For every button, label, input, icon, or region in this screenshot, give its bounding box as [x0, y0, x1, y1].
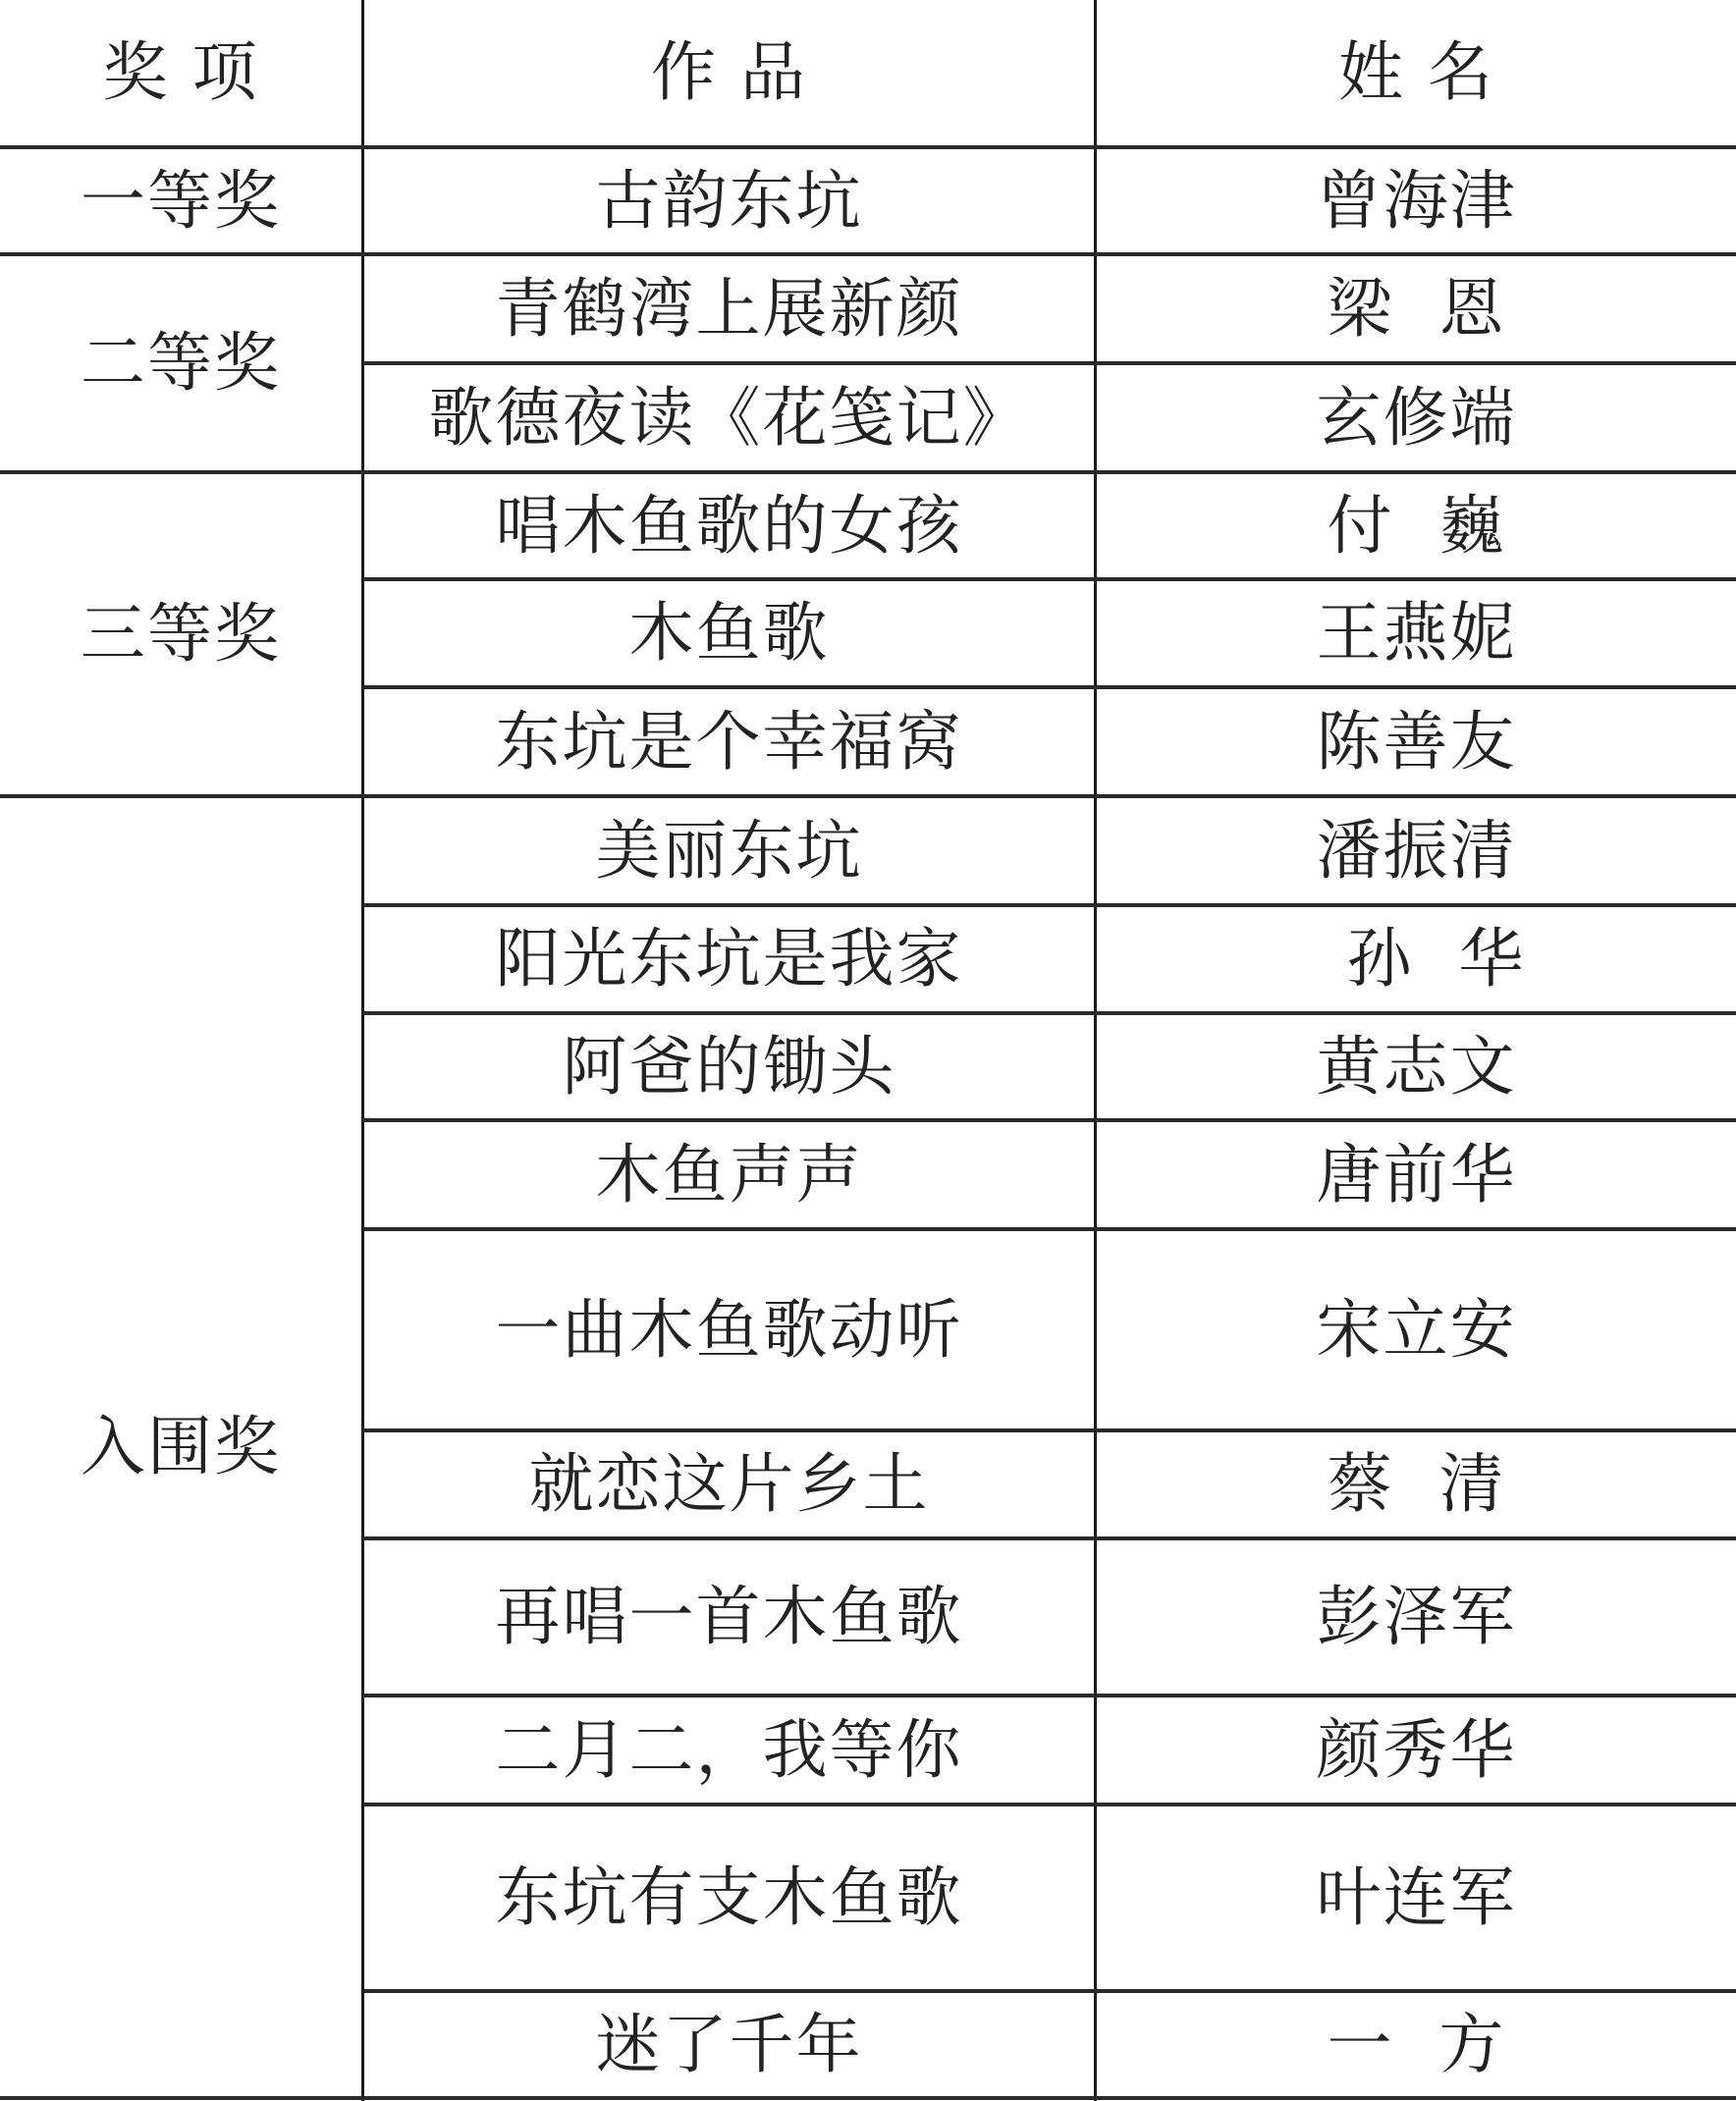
name-cell: 梁 恩 — [1097, 256, 1736, 361]
work-cell: 再唱一首木鱼歌 — [364, 1540, 1094, 1694]
work-cell: 东坑是个幸福窝 — [364, 689, 1094, 794]
name-cell: 颜秀华 — [1097, 1697, 1736, 1803]
work-cell: 木鱼声声 — [364, 1122, 1094, 1227]
header-name: 姓 名 — [1097, 0, 1736, 145]
name-cell: 付 巍 — [1097, 474, 1736, 577]
name-cell: 唐前华 — [1097, 1122, 1736, 1227]
name-cell: 王燕妮 — [1097, 581, 1736, 685]
work-cell: 青鹤湾上展新颜 — [364, 256, 1094, 361]
name-cell: 彭泽军 — [1097, 1540, 1736, 1694]
name-cell: 曾海津 — [1097, 149, 1736, 252]
work-cell: 美丽东坑 — [364, 798, 1094, 903]
work-cell: 阿爸的锄头 — [364, 1015, 1094, 1118]
work-cell: 歌德夜读《花笺记》 — [364, 365, 1094, 470]
work-cell: 阳光东坑是我家 — [364, 907, 1094, 1011]
work-cell: 迷了千年 — [364, 1993, 1094, 2096]
work-cell: 木鱼歌 — [364, 581, 1094, 685]
name-cell: 一 方 — [1097, 1993, 1736, 2096]
name-cell: 孙 华 — [1116, 907, 1736, 1011]
work-cell: 就恋这片乡土 — [364, 1432, 1094, 1536]
work-cell: 二月二，我等你 — [364, 1697, 1094, 1803]
row-divider — [0, 2096, 1736, 2100]
work-cell: 一曲木鱼歌动听 — [364, 1231, 1094, 1428]
name-cell: 陈善友 — [1097, 689, 1736, 794]
name-cell: 宋立安 — [1097, 1231, 1736, 1428]
work-cell: 东坑有支木鱼歌 — [364, 1806, 1094, 1989]
name-cell: 潘振清 — [1097, 798, 1736, 903]
award-third: 三等奖 — [0, 474, 361, 794]
award-second: 二等奖 — [0, 256, 361, 470]
award-first: 一等奖 — [0, 149, 361, 252]
header-work: 作 品 — [364, 0, 1094, 145]
name-cell: 黄志文 — [1097, 1015, 1736, 1118]
header-award: 奖 项 — [0, 0, 361, 145]
work-cell: 唱木鱼歌的女孩 — [364, 474, 1094, 577]
name-cell: 叶连军 — [1097, 1806, 1736, 1989]
work-cell: 古韵东坑 — [364, 149, 1094, 252]
award-finalist: 入围奖 — [0, 798, 361, 2096]
awards-table: 奖 项 作 品 姓 名 一等奖 二等奖 三等奖 入围奖 古韵东坑 曾海津 青鹤湾… — [0, 0, 1736, 2101]
name-cell: 玄修端 — [1097, 365, 1736, 470]
name-cell: 蔡 清 — [1097, 1432, 1736, 1536]
